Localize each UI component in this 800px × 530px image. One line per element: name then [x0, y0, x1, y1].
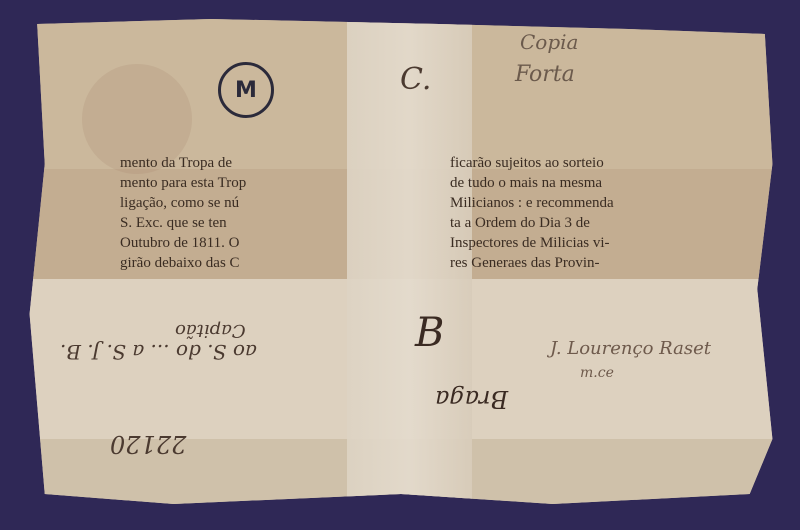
bottom-number-upside-down: 22120 — [110, 430, 186, 458]
upside-down-handwriting-1: ao S. do ... a S. J. B. — [60, 340, 257, 364]
printed-text-left: mento da Tropa de mento para esta Trop l… — [120, 153, 325, 273]
printed-text-right: ficarão sujeitos ao sorteio de tudo o ma… — [450, 153, 668, 273]
postal-stamp-mark: M — [218, 62, 274, 118]
monogram: B — [415, 310, 444, 356]
handwritten-letter-c: C. — [400, 62, 431, 97]
upside-down-handwriting-2: Capitão — [175, 320, 246, 341]
handwritten-forta: Forta — [515, 62, 575, 87]
signature-upside-down: Braga — [435, 385, 508, 413]
address-line-1: J. Lourenço Raset — [550, 338, 711, 359]
handwritten-copia: Copia — [520, 30, 578, 54]
address-line-2: m.ce — [580, 365, 614, 381]
